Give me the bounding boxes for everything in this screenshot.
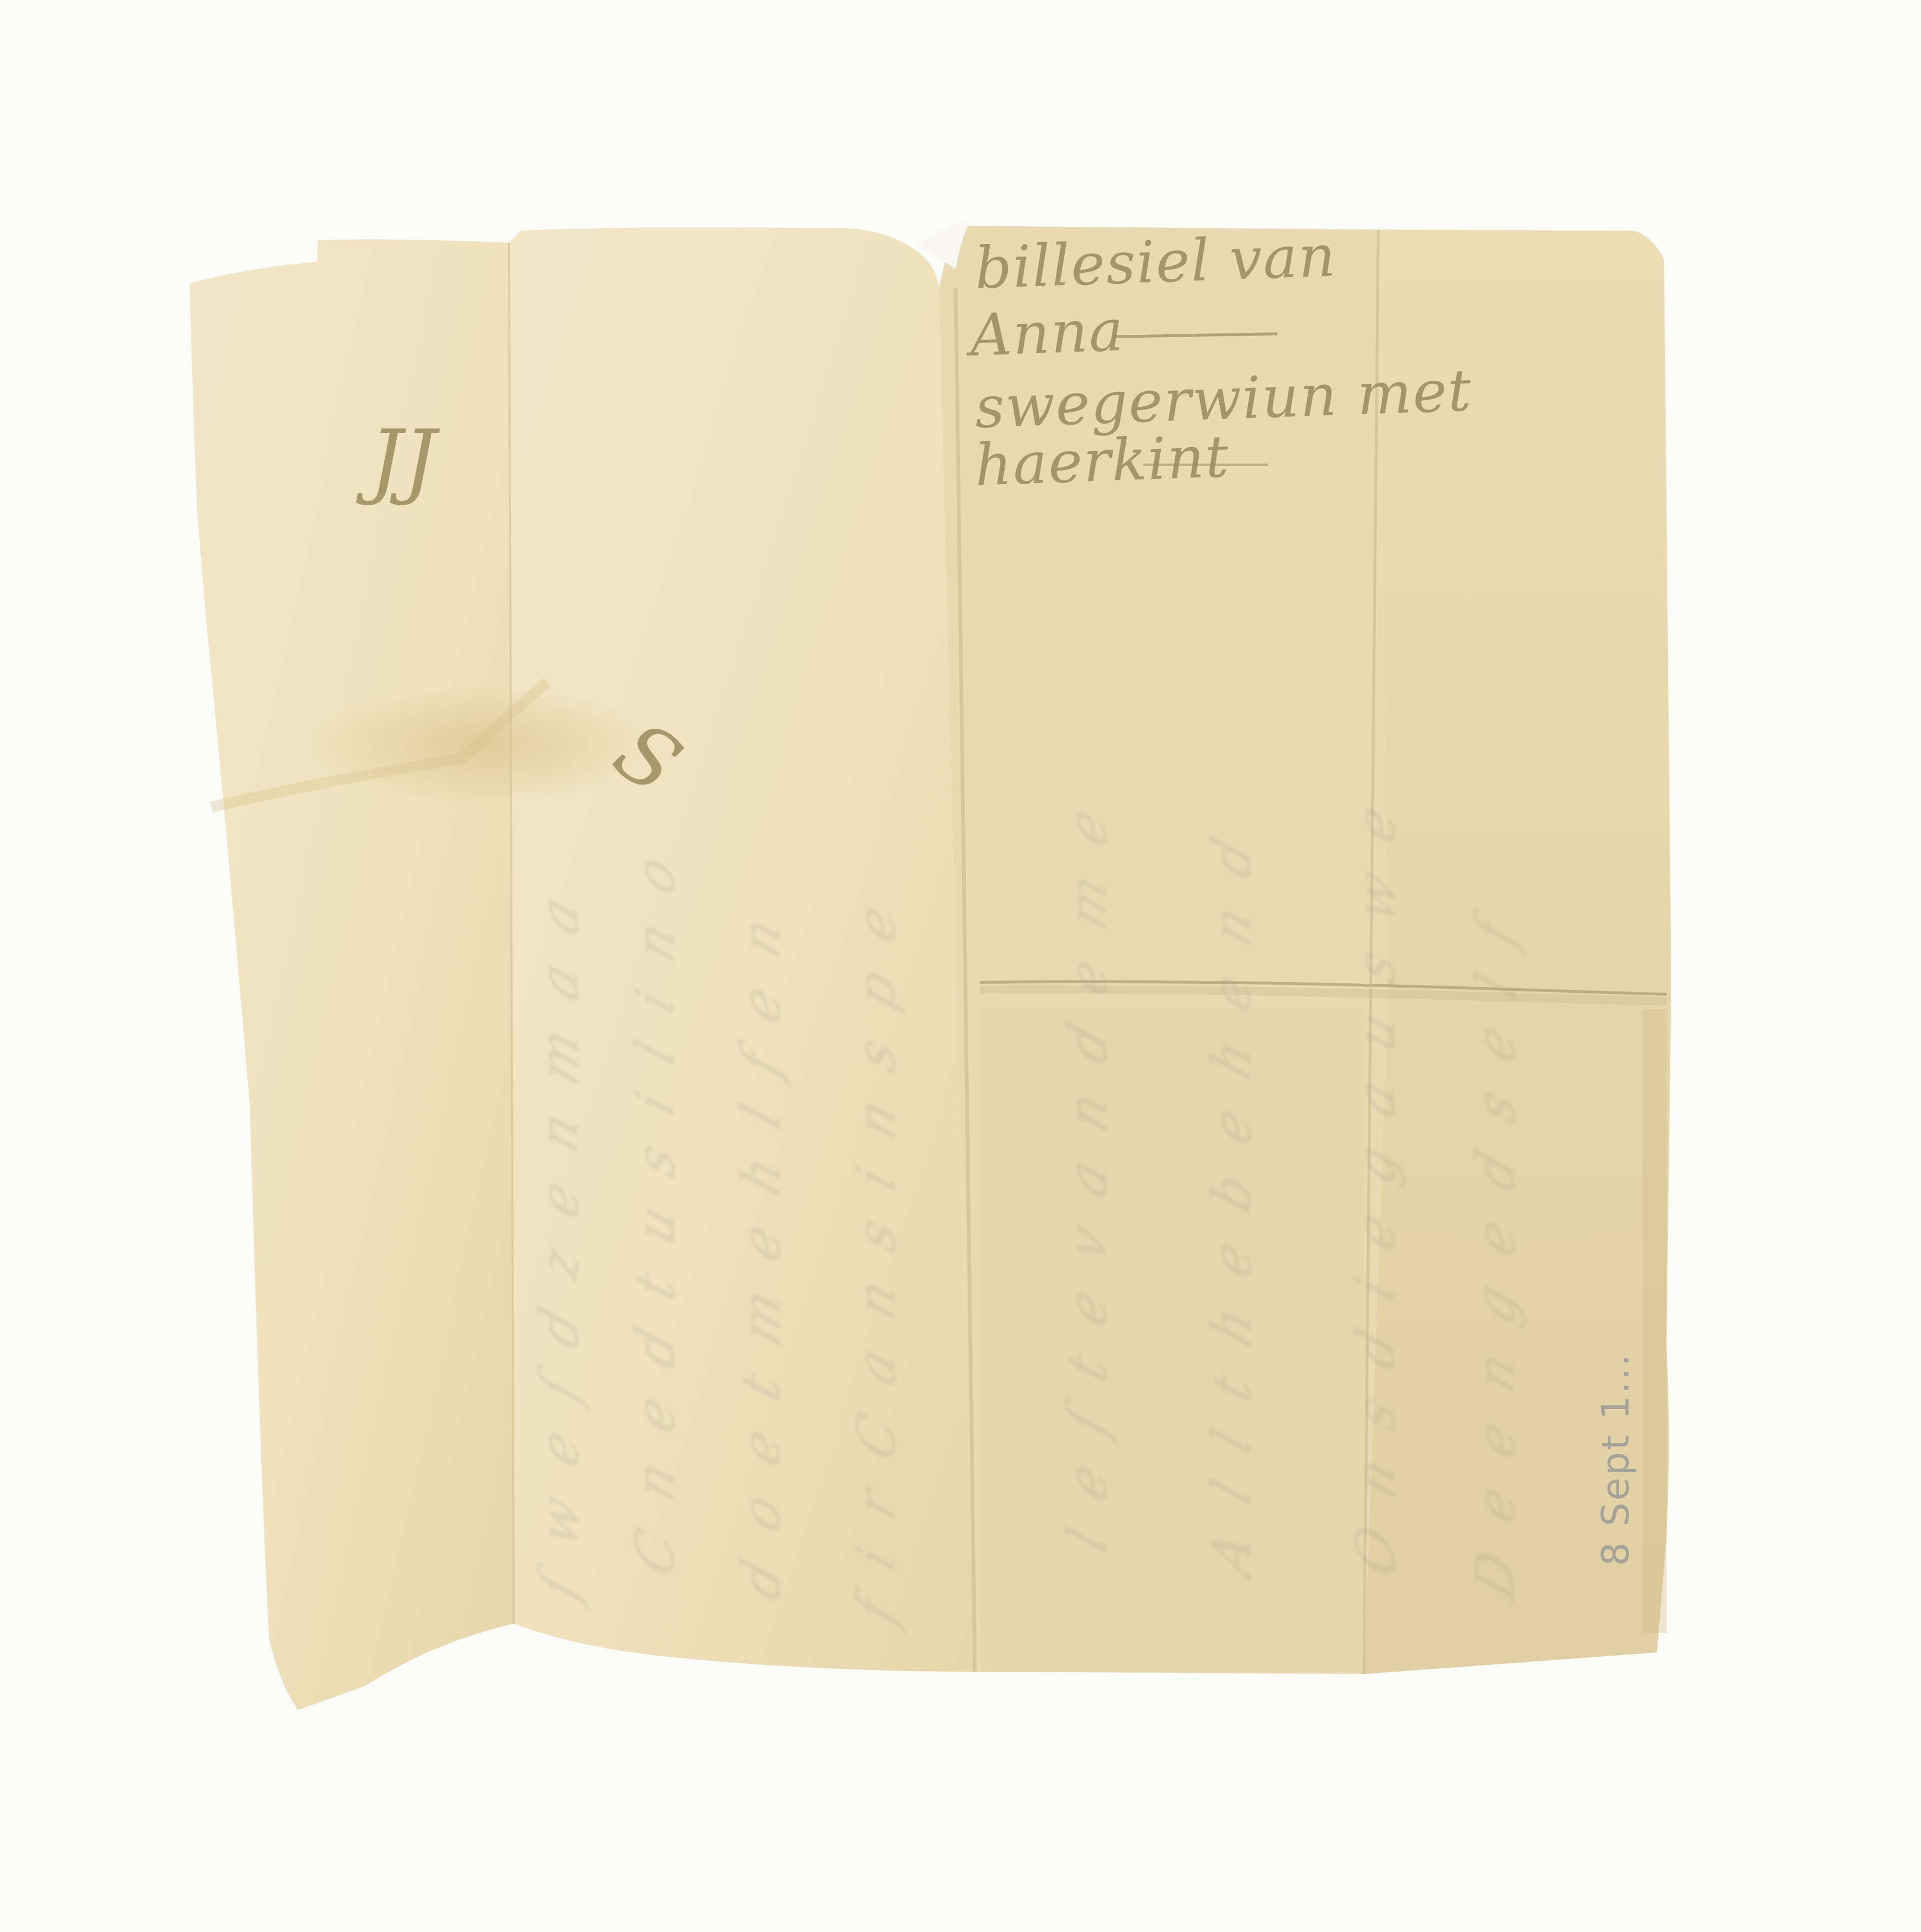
endorsement-line-1: billesiel van — [974, 228, 1337, 298]
show-through-text: l e ſ t e v a n d e m e — [1057, 792, 1118, 1560]
show-through-text: D e e n g e d s e l f — [1465, 903, 1526, 1608]
endorsement-flourish — [1143, 464, 1268, 466]
show-through-text: A l l t h e b e h e n d — [1201, 821, 1262, 1584]
pencil-date-note: 8 Sept 1... — [1594, 1352, 1638, 1566]
paper-sheet — [0, 0, 1921, 1932]
endorsement-line-4: haerkint — [974, 428, 1230, 495]
mark-top-left: JJ — [370, 413, 437, 508]
show-through-text: C n e d t u s i l i n o — [624, 839, 686, 1584]
show-through-text: ſ w e ſ d z e n m a a — [528, 880, 590, 1608]
paper-shape — [0, 0, 1921, 1932]
show-through-text: f i r C a n s i n s p e — [845, 888, 907, 1632]
endorsement-line-2: Anna — [969, 302, 1125, 365]
show-through-text: d o e t m e h l f e n — [730, 900, 791, 1607]
show-through-text: O n s d i e g a u s w e — [1345, 788, 1406, 1584]
scanned-document: ſ w e ſ d z e n m a a C n e d t u s i l … — [0, 0, 1921, 1932]
